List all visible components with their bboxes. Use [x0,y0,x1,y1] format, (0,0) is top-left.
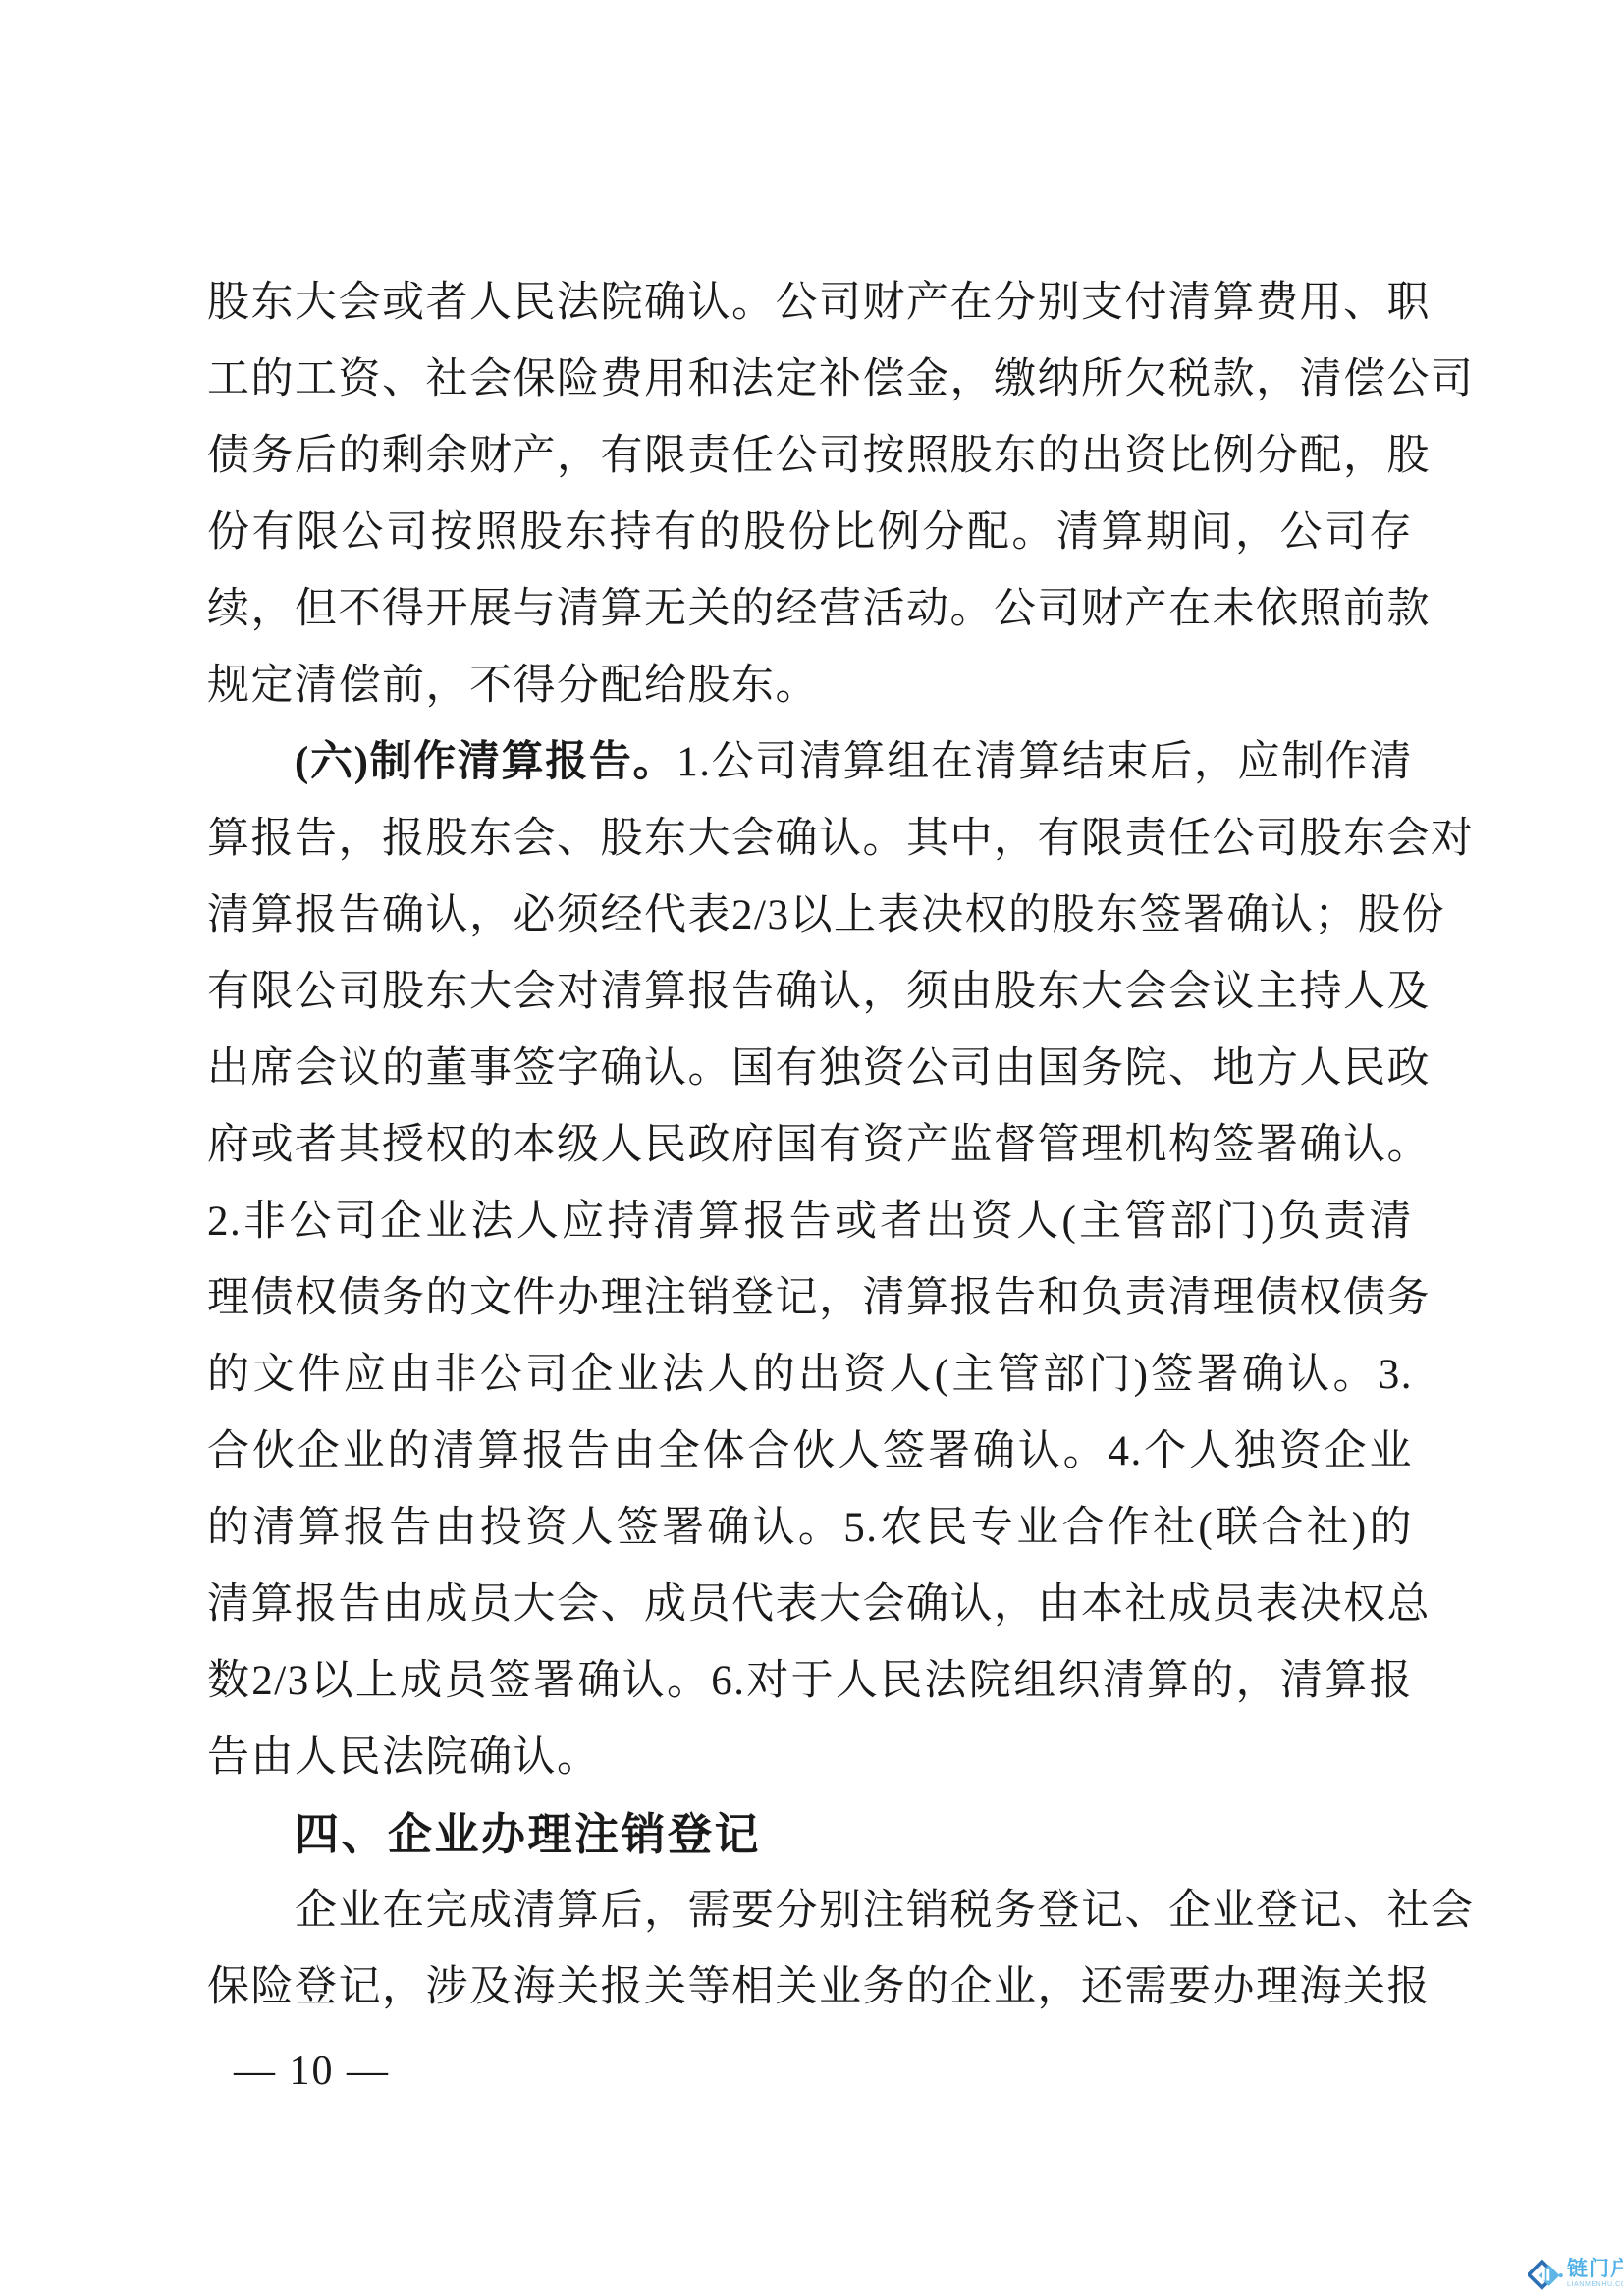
text-line: 工的工资、社会保险费用和法定补偿金，缴纳所欠税款，清偿公司 [207,342,1413,418]
document-body: 股东大会或者人民法院确认。公司财产在分别支付清算费用、职 工的工资、社会保险费用… [207,265,1413,2026]
text-line: 债务后的剩余财产，有限责任公司按照股东的出资比例分配，股 [207,418,1413,495]
text-line: 份有限公司按照股东持有的股份比例分配。清算期间，公司存 [207,495,1413,571]
text-line: 理债权债务的文件办理注销登记，清算报告和负责清理债权债务 [207,1260,1413,1337]
watermark-domain: LIANMENHU.COM [1567,2281,1623,2288]
text-line: 股东大会或者人民法院确认。公司财产在分别支付清算费用、职 [207,265,1413,342]
text-line: 合伙企业的清算报告由全体合伙人签署确认。4.个人独资企业 [207,1414,1413,1490]
text-line: 府或者其授权的本级人民政府国有资产监督管理机构签署确认。 [207,1107,1413,1184]
text-line: 规定清偿前，不得分配给股东。 [207,648,1413,724]
text-line: 续，但不得开展与清算无关的经营活动。公司财产在未依照前款 [207,571,1413,648]
text-line: 告由人民法院确认。 [207,1720,1413,1796]
text-line: 清算报告由成员大会、成员代表大会确认，由本社成员表决权总 [207,1567,1413,1643]
text-line: 的清算报告由投资人签署确认。5.农民专业合作社(联合社)的 [207,1490,1413,1567]
chain-diamond-logo-icon [1528,2259,1563,2296]
text-line: 有限公司股东大会对清算报告确认，须由股东大会会议主持人及 [207,954,1413,1031]
text-line: 的文件应由非公司企业法人的出资人(主管部门)签署确认。3. [207,1337,1413,1414]
text-line: 企业在完成清算后，需要分别注销税务登记、企业登记、社会 [207,1873,1413,1949]
text-line: 清算报告确认，必须经代表2/3以上表决权的股东签署确认；股份 [207,878,1413,954]
watermark-name: 链门户 [1567,2259,1623,2279]
watermark-text: 链门户 LIANMENHU.COM [1567,2259,1623,2288]
text-line: (六)制作清算报告。1.公司清算组在清算结束后，应制作清 [207,724,1413,801]
paragraph-lead-rest: 1.公司清算组在清算结束后，应制作清 [676,739,1413,785]
section-heading: 四、企业办理注销登记 [207,1796,1413,1873]
text-line: 算报告，报股东会、股东大会确认。其中，有限责任公司股东会对 [207,801,1413,878]
document-page: 股东大会或者人民法院确认。公司财产在分别支付清算费用、职 工的工资、社会保险费用… [0,0,1623,2296]
text-line: 数2/3以上成员签署确认。6.对于人民法院组织清算的，清算报 [207,1643,1413,1720]
watermark: 链门户 LIANMENHU.COM [1528,2259,1623,2296]
paragraph-lead-bold: (六)制作清算报告。 [295,739,676,785]
text-line: 保险登记，涉及海关报关等相关业务的企业，还需要办理海关报 [207,1949,1413,2026]
text-line: 出席会议的董事签字确认。国有独资公司由国务院、地方人民政 [207,1031,1413,1107]
page-number: — 10 — [234,2051,390,2092]
text-line: 2.非公司企业法人应持清算报告或者出资人(主管部门)负责清 [207,1184,1413,1260]
